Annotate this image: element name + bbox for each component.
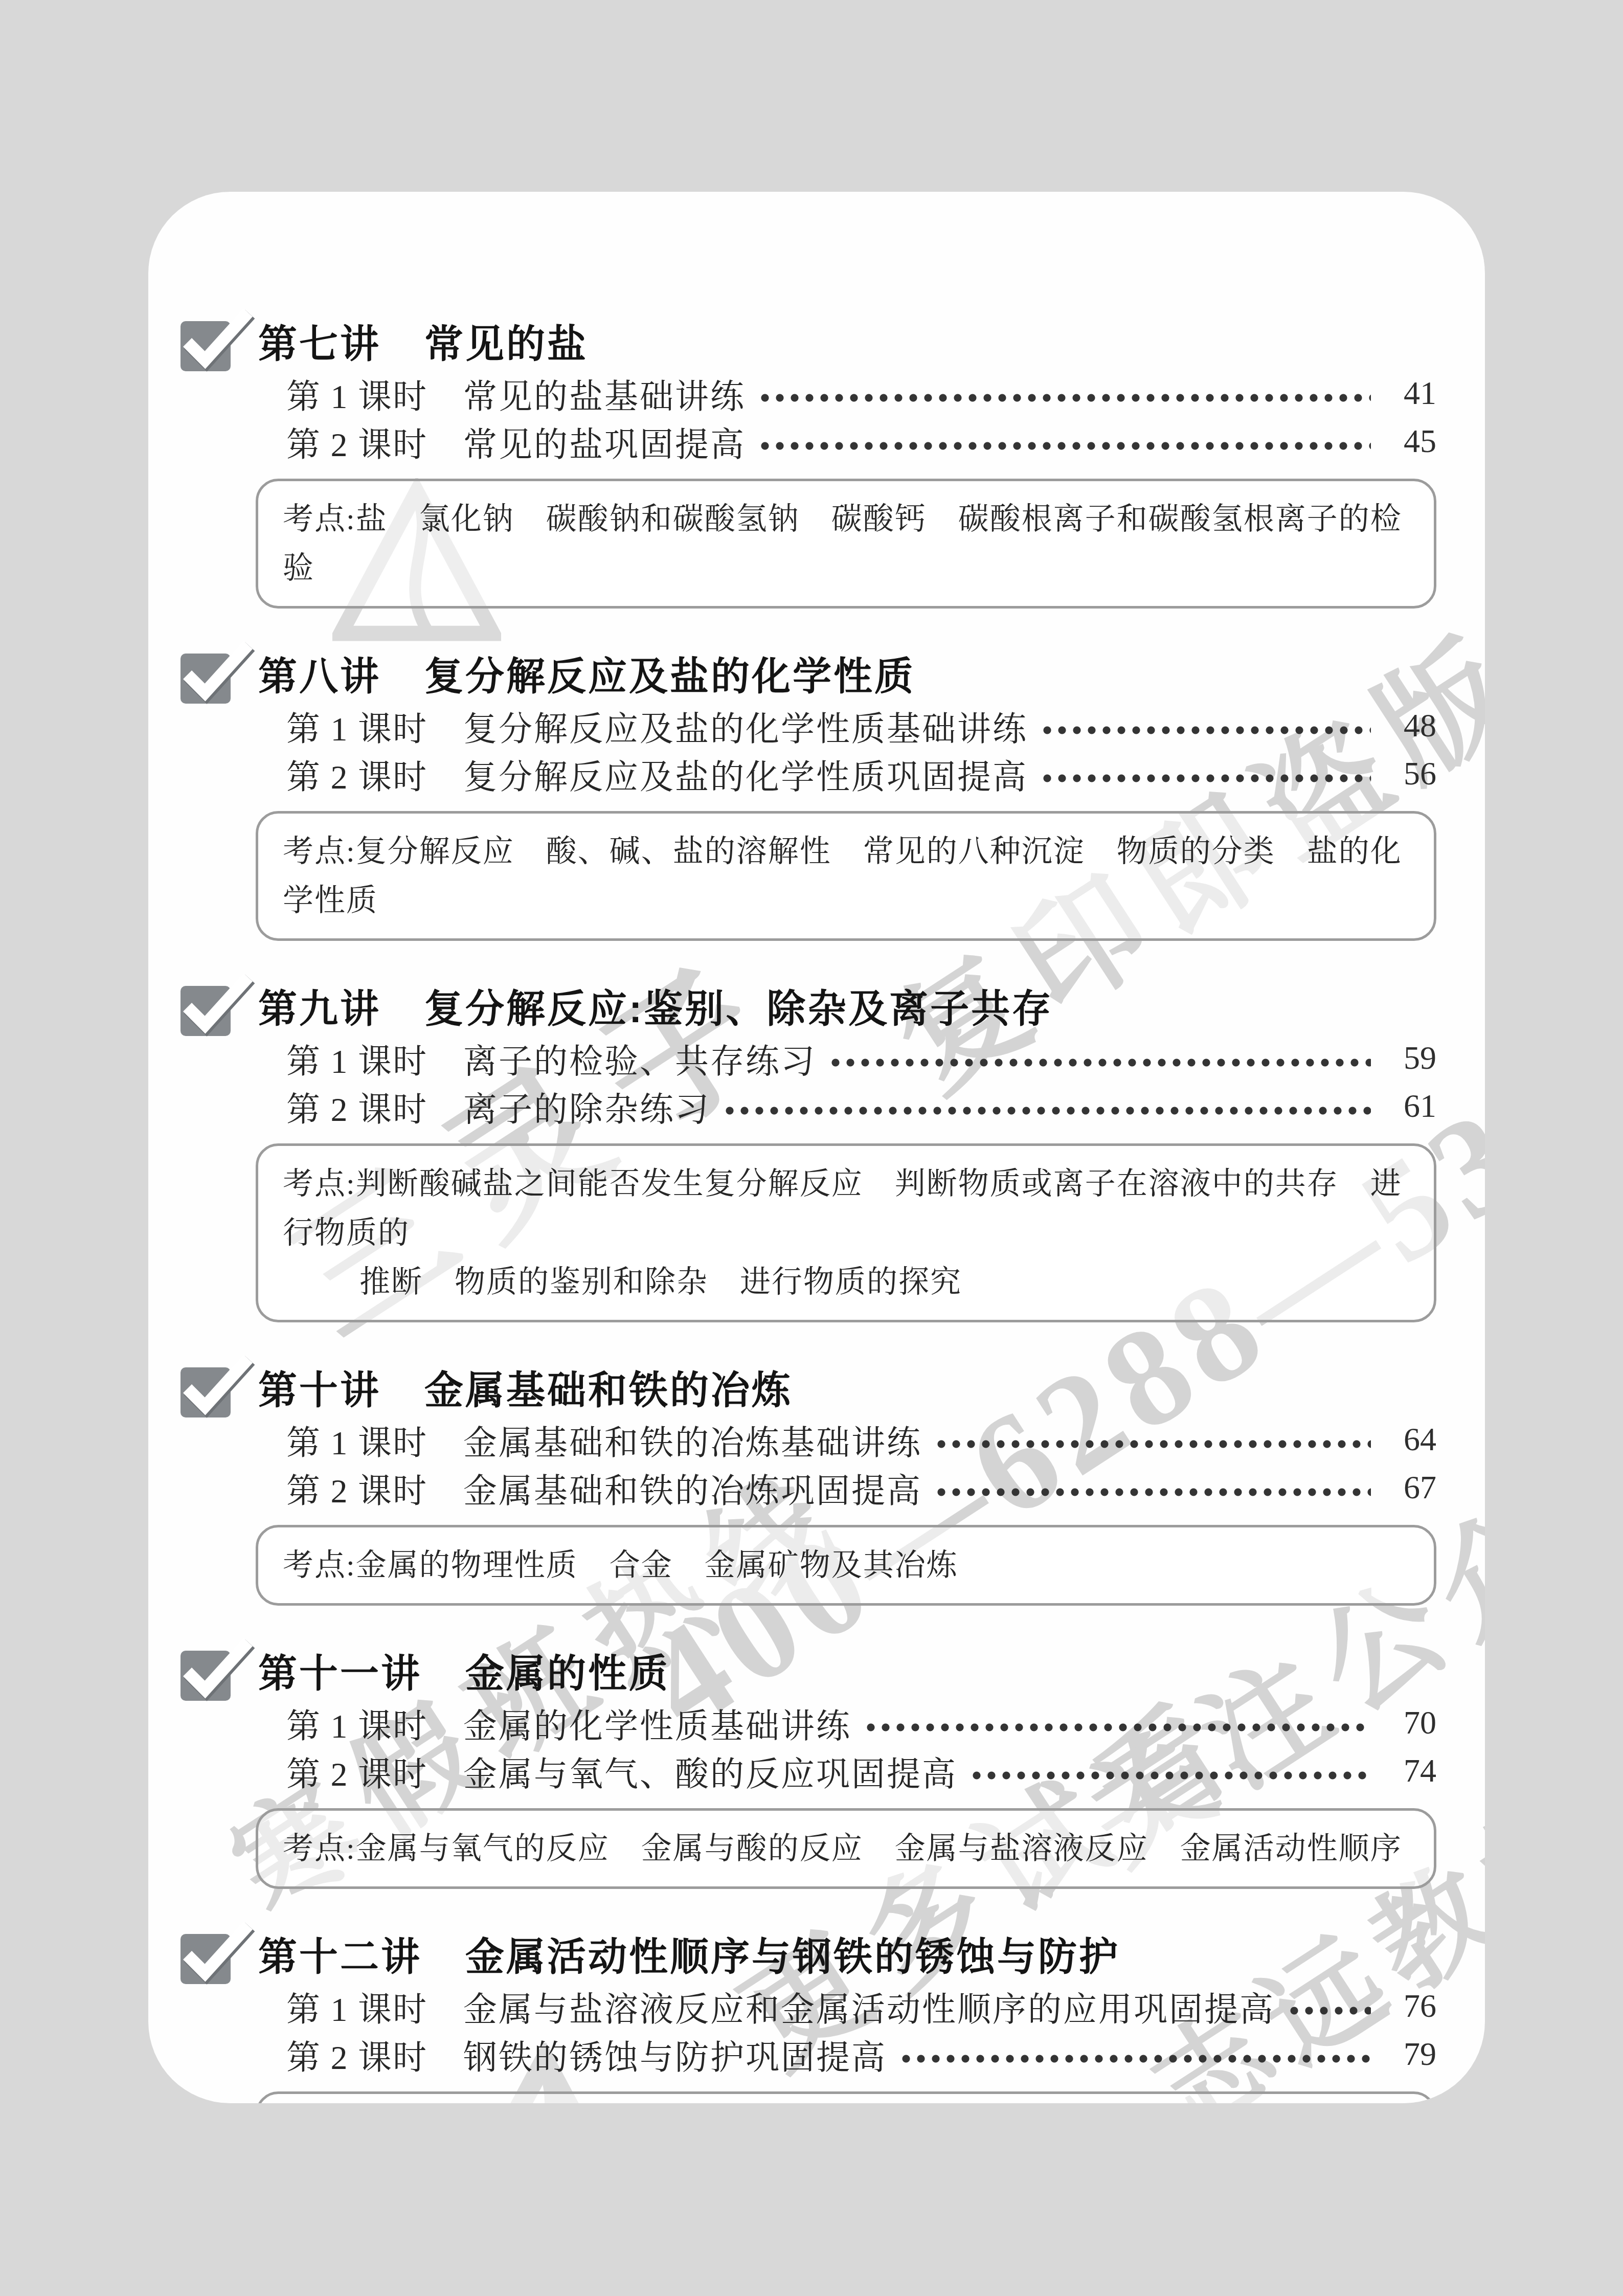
lesson-title: 离子的检验、共存练习 (463, 1034, 816, 1083)
dotted-leader (1042, 773, 1371, 783)
key-points-line: 考点:盐 氯化钠 碳酸钠和碳酸氢钠 碳酸钙 碳酸根离子和碳酸氢根离子的检验 (283, 494, 1409, 593)
toc-section: 第九讲复分解反应:鉴别、除杂及离子共存第 1 课时离子的检验、共存练习59第 2… (148, 977, 1485, 1322)
key-points-box: 考点:盐 氯化钠 碳酸钠和碳酸氢钠 碳酸钙 碳酸根离子和碳酸氢根离子的检验 (256, 479, 1436, 609)
dotted-leader (936, 1487, 1371, 1497)
checkbox-checked-icon (176, 1360, 234, 1414)
lesson-label: 第 1 课时 (286, 1415, 427, 1464)
page-number: 74 (1385, 1752, 1436, 1790)
key-points-line: 推断 物质的鉴别和除杂 进行物质的探究 (283, 1257, 1409, 1307)
page-number: 67 (1385, 1469, 1436, 1506)
section-title: 第八讲复分解反应及盐的化学性质 (258, 645, 915, 701)
lesson-label: 第 1 课时 (286, 1699, 427, 1747)
dotted-leader (972, 1770, 1371, 1781)
page-number: 41 (1385, 374, 1436, 412)
section-name: 金属的性质 (465, 1642, 670, 1698)
checkbox-checked-icon (176, 1644, 234, 1697)
toc-entry: 第 1 课时金属的化学性质基础讲练70 (286, 1699, 1436, 1747)
toc-section: 第十二讲金属活动性顺序与钢铁的锈蚀与防护第 1 课时金属与盐溶液反应和金属活动性… (148, 1925, 1485, 2103)
dotted-leader (725, 1106, 1371, 1116)
section-name: 常见的盐 (424, 313, 588, 369)
toc-entry: 第 1 课时复分解反应及盐的化学性质基础讲练48 (286, 702, 1436, 750)
key-points-line: 考点:金属与氧气的反应 金属与酸的反应 金属与盐溶液反应 金属活动性顺序 (283, 1824, 1409, 1873)
section-number: 第九讲 (258, 978, 381, 1033)
lesson-label: 第 1 课时 (286, 1982, 427, 2031)
section-number: 第十一讲 (258, 1642, 422, 1698)
key-points-box: 考点:复分解反应 酸、碱、盐的溶解性 常见的八种沉淀 物质的分类 盐的化学性质 (256, 811, 1436, 941)
scanned-toc-page: { "watermark": { "stamp_texts": [ "复印即盗版… (0, 0, 1623, 2296)
section-name: 复分解反应:鉴别、除杂及离子共存 (424, 978, 1053, 1033)
lesson-title: 复分解反应及盐的化学性质巩固提高 (463, 750, 1028, 798)
section-header: 第十一讲金属的性质 (176, 1641, 1485, 1699)
lesson-title: 复分解反应及盐的化学性质基础讲练 (463, 702, 1028, 750)
section-header: 第十二讲金属活动性顺序与钢铁的锈蚀与防护 (176, 1925, 1485, 1982)
page-number: 61 (1385, 1087, 1436, 1125)
section-number: 第七讲 (258, 313, 381, 369)
key-points-box: 考点:金属的物理性质 合金 金属矿物及其冶炼 (256, 1525, 1436, 1606)
dotted-leader (901, 2054, 1371, 2064)
section-name: 金属活动性顺序与钢铁的锈蚀与防护 (465, 1926, 1120, 1982)
section-number: 第八讲 (258, 645, 381, 701)
lesson-title: 钢铁的锈蚀与防护巩固提高 (463, 2030, 887, 2079)
toc-section: 第十一讲金属的性质第 1 课时金属的化学性质基础讲练70第 2 课时金属与氧气、… (148, 1641, 1485, 1889)
section-title: 第十讲金属基础和铁的冶炼 (258, 1359, 793, 1415)
dotted-leader (936, 1439, 1371, 1449)
section-title: 第七讲常见的盐 (258, 313, 588, 369)
dotted-leader (1042, 725, 1371, 735)
page-number: 79 (1385, 2035, 1436, 2073)
checkbox-checked-icon (176, 979, 234, 1032)
lesson-label: 第 2 课时 (286, 750, 427, 798)
page-card: 复印即盗版 400—6288—531 三灵子 寒假班热线 更多试看 关注公众号 … (148, 192, 1485, 2103)
page-number: 45 (1385, 422, 1436, 460)
toc-entry: 第 1 课时常见的盐基础讲练41 (286, 369, 1436, 417)
lesson-label: 第 1 课时 (286, 1034, 427, 1083)
lesson-title: 离子的除杂练习 (463, 1082, 710, 1131)
section-header: 第七讲常见的盐 (176, 312, 1485, 369)
lesson-label: 第 2 课时 (286, 2030, 427, 2079)
lesson-label: 第 2 课时 (286, 1464, 427, 1512)
toc-section: 第十讲金属基础和铁的冶炼第 1 课时金属基础和铁的冶炼基础讲练64第 2 课时金… (148, 1358, 1485, 1606)
key-points-box: 考点:金属与氧气的反应 金属与酸的反应 金属与盐溶液反应 金属活动性顺序 (256, 1808, 1436, 1889)
section-title: 第十一讲金属的性质 (258, 1642, 670, 1698)
lesson-label: 第 2 课时 (286, 1747, 427, 1795)
section-header: 第八讲复分解反应及盐的化学性质 (176, 644, 1485, 702)
lesson-label: 第 2 课时 (286, 1082, 427, 1131)
lesson-title: 金属与盐溶液反应和金属活动性顺序的应用巩固提高 (463, 1982, 1275, 2031)
dotted-leader (760, 441, 1371, 451)
lesson-title: 常见的盐巩固提高 (463, 417, 746, 466)
key-points-line: 考点:判断酸碱盐之间能否发生复分解反应 判断物质或离子在溶液中的共存 进行物质的 (283, 1159, 1409, 1257)
section-header: 第九讲复分解反应:鉴别、除杂及离子共存 (176, 977, 1485, 1034)
section-name: 复分解反应及盐的化学性质 (424, 645, 915, 701)
toc-section: 第八讲复分解反应及盐的化学性质第 1 课时复分解反应及盐的化学性质基础讲练48第… (148, 644, 1485, 941)
checkbox-checked-icon (176, 646, 234, 700)
toc-section: 第七讲常见的盐第 1 课时常见的盐基础讲练41第 2 课时常见的盐巩固提高45考… (148, 312, 1485, 609)
lesson-title: 金属的化学性质基础讲练 (463, 1699, 851, 1747)
page-number: 70 (1385, 1704, 1436, 1742)
toc: 第七讲常见的盐第 1 课时常见的盐基础讲练41第 2 课时常见的盐巩固提高45考… (148, 192, 1485, 2103)
lesson-title: 金属与氧气、酸的反应巩固提高 (463, 1747, 957, 1795)
section-title: 第九讲复分解反应:鉴别、除杂及离子共存 (258, 978, 1053, 1033)
key-points-line: 考点:复分解反应 酸、碱、盐的溶解性 常见的八种沉淀 物质的分类 盐的化学性质 (283, 827, 1409, 925)
section-number: 第十二讲 (258, 1926, 422, 1982)
toc-entry: 第 1 课时离子的检验、共存练习59 (286, 1034, 1436, 1082)
toc-entry: 第 1 课时金属与盐溶液反应和金属活动性顺序的应用巩固提高76 (286, 1982, 1436, 2030)
toc-entry: 第 2 课时复分解反应及盐的化学性质巩固提高56 (286, 750, 1436, 798)
page-number: 76 (1385, 1987, 1436, 2025)
toc-entry: 第 1 课时金属基础和铁的冶炼基础讲练64 (286, 1415, 1436, 1464)
section-title: 第十二讲金属活动性顺序与钢铁的锈蚀与防护 (258, 1926, 1120, 1982)
dotted-leader (1289, 2006, 1371, 2016)
dotted-leader (830, 1057, 1371, 1068)
lesson-label: 第 1 课时 (286, 702, 427, 750)
key-points-line: 考点:金属的物理性质 合金 金属矿物及其冶炼 (283, 1541, 1409, 1590)
dotted-leader (760, 393, 1371, 403)
lesson-label: 第 1 课时 (286, 369, 427, 418)
page-number: 64 (1385, 1421, 1436, 1458)
lesson-title: 金属基础和铁的冶炼基础讲练 (463, 1415, 922, 1464)
toc-entry: 第 2 课时钢铁的锈蚀与防护巩固提高79 (286, 2030, 1436, 2078)
lesson-title: 常见的盐基础讲练 (463, 369, 746, 418)
page-number: 59 (1385, 1039, 1436, 1077)
key-points-box: 考点:判断酸碱盐之间能否发生复分解反应 判断物质或离子在溶液中的共存 进行物质的… (256, 1143, 1436, 1322)
dotted-leader (866, 1722, 1371, 1732)
section-header: 第十讲金属基础和铁的冶炼 (176, 1358, 1485, 1415)
toc-entry: 第 2 课时金属与氧气、酸的反应巩固提高74 (286, 1747, 1436, 1795)
lesson-label: 第 2 课时 (286, 417, 427, 466)
toc-entry: 第 2 课时常见的盐巩固提高45 (286, 417, 1436, 465)
page-number: 56 (1385, 755, 1436, 793)
section-name: 金属基础和铁的冶炼 (424, 1359, 793, 1415)
key-points-box: 考点:金属的锈蚀与防护 金属资源的保护 生活中金属制品的使用方法 对比实验目的的… (256, 2091, 1436, 2103)
toc-entry: 第 2 课时金属基础和铁的冶炼巩固提高67 (286, 1464, 1436, 1512)
toc-entry: 第 2 课时离子的除杂练习61 (286, 1082, 1436, 1130)
checkbox-checked-icon (176, 314, 234, 368)
page-number: 48 (1385, 707, 1436, 745)
section-number: 第十讲 (258, 1359, 381, 1415)
checkbox-checked-icon (176, 1927, 234, 1980)
lesson-title: 金属基础和铁的冶炼巩固提高 (463, 1464, 922, 1512)
